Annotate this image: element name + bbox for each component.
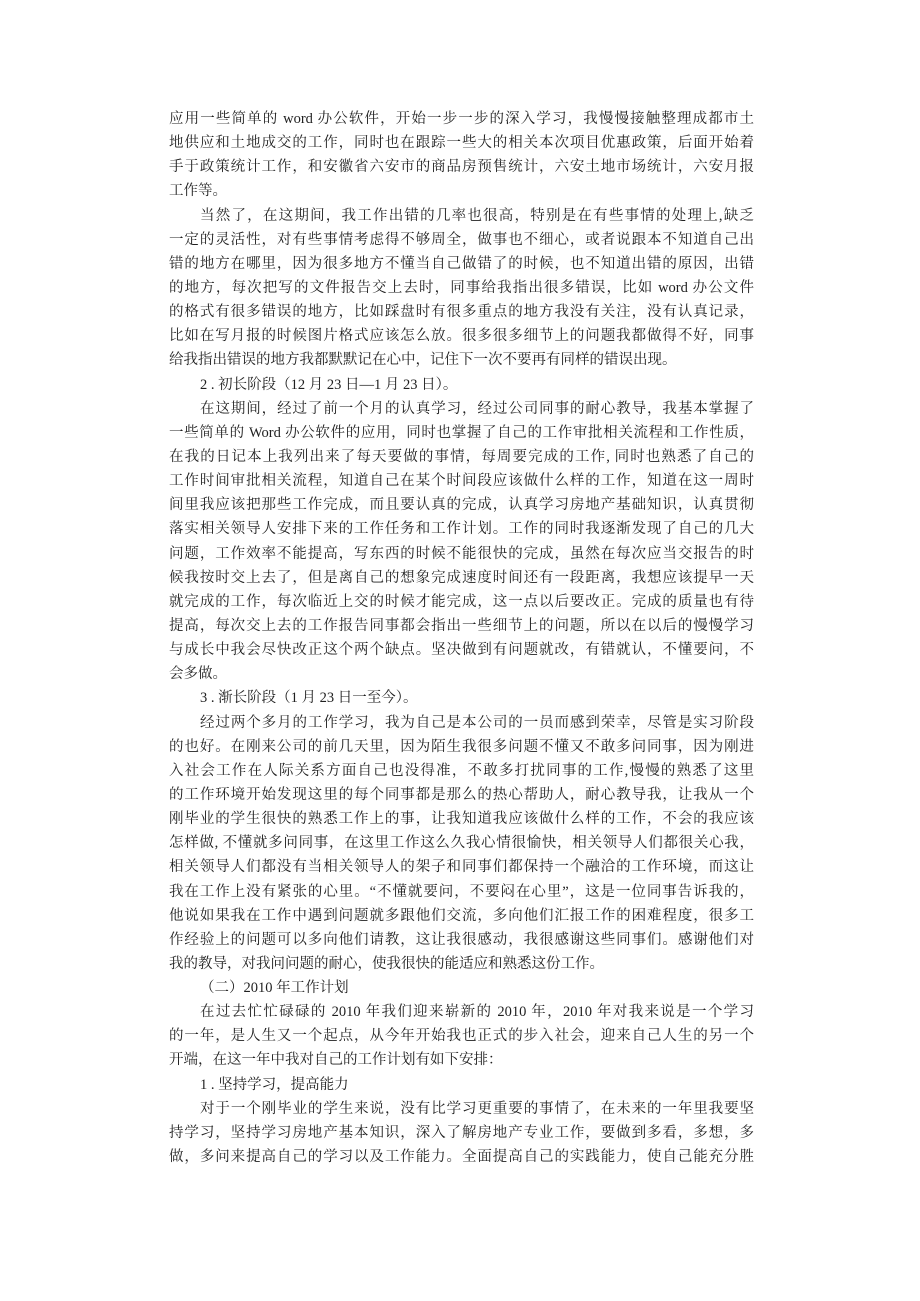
para-two-months-growth-line: 的也好。在刚来公司的前几天里，因为陌生我很多问题不懂又不敢多问同事，因为刚进 (169, 735, 754, 759)
para-new-year-outlook-line: 开端，在这一年中我对自己的工作计划有如下安排： (169, 1048, 754, 1072)
para-keep-learning-detail-line: 做，多问来提高自己的学习以及工作能力。全面提高自己的实践能力，使自己能充分胜 (169, 1145, 754, 1169)
para-mistakes-reflection-line: 的格式有很多错误的地方，比如踩盘时有很多重点的地方我没有关注，没有认真记录， (169, 300, 754, 324)
para-two-months-growth-line: 怎样做, 不懂就多问同事，在这里工作这么久我心情很愉快，相关领导人们都很关心我， (169, 831, 754, 855)
heading-stage-3-line: 3 . 渐长阶段（1 月 23 日一至今）。 (169, 686, 754, 710)
para-word-software-tasks-line: 手于政策统计工作，和安徽省六安市的商品房预售统计，六安土地市场统计，六安月报 (169, 155, 754, 179)
para-two-months-growth-line: 相关领导人们都没有当相关领导人的架子和同事们都保持一个融洽的工作环境，而这让 (169, 855, 754, 879)
para-keep-learning-detail-line: 持学习，坚持学习房地产基本知识，深入了解房地产专业工作，要做到多看，多想，多 (169, 1121, 754, 1145)
para-first-month-learning-line: 会多做。 (169, 662, 754, 686)
para-mistakes-reflection-line: 的地方，每次把写的文件报告交上去时，同事给我指出很多错误，比如 word 办公文… (169, 276, 754, 300)
para-mistakes-reflection-line: 比如在写月报的时候图片格式应该怎么放。很多很多细节上的问题我都做得不好，同事 (169, 324, 754, 348)
heading-stage-2-line: 2 . 初长阶段（12 月 23 日—1 月 23 日）。 (169, 373, 754, 397)
para-two-months-growth-line: 我在工作上没有紧张的心里。“不懂就要问，不要闷在心里”，这是一位同事告诉我的， (169, 880, 754, 904)
heading-2010-work-plan-line: （二）2010 年工作计划 (169, 976, 754, 1000)
para-first-month-learning-line: 就完成的工作，每次临近上交的时候才能完成，这一点以后要改正。完成的质量也有待 (169, 590, 754, 614)
para-word-software-tasks-line: 应用一些简单的 word 办公软件，开始一步一步的深入学习，我慢慢接触整理成都市… (169, 107, 754, 131)
para-two-months-growth-line: 我的教导，对我问问题的耐心，使我很快的能适应和熟悉这份工作。 (169, 952, 754, 976)
para-first-month-learning-line: 间里我应该把那些工作完成，而且要认真的完成，认真学习房地产基础知识，认真贯彻 (169, 493, 754, 517)
heading-plan-1-keep-learning-line: 1 . 坚持学习，提高能力 (169, 1073, 754, 1097)
para-two-months-growth-line: 作经验上的问题可以多向他们请教，这让我很感动，我很感谢这些同事们。感谢他们对 (169, 928, 754, 952)
para-first-month-learning-line: 提高，每次交上去的工作报告同事都会指出一些细节上的问题，所以在以后的慢慢学习 (169, 614, 754, 638)
para-first-month-learning-line: 候我按时交上去了，但是离自己的想象完成速度时间还有一段距离，我想应该提早一天 (169, 566, 754, 590)
para-first-month-learning-line: 落实相关领导人安排下来的工作任务和工作计划。工作的同时我逐渐发现了自己的几大 (169, 517, 754, 541)
para-word-software-tasks-line: 地供应和土地成交的工作，同时也在跟踪一些大的相关本次项目优惠政策，后面开始着 (169, 131, 754, 155)
para-two-months-growth-line: 的工作环境开始发现这里的每个同事都是那么的热心帮助人，耐心教导我，让我从一个 (169, 783, 754, 807)
para-two-months-growth-line: 经过两个多月的工作学习，我为自己是本公司的一员而感到荣幸，尽管是实习阶段 (169, 711, 754, 735)
para-first-month-learning-line: 问题，工作效率不能提高，写东西的时候不能很快的完成，虽然在每次应当交报告的时 (169, 542, 754, 566)
para-first-month-learning-line: 与成长中我会尽快改正这个两个缺点。坚决做到有问题就改，有错就认，不懂要问，不 (169, 638, 754, 662)
para-word-software-tasks-line: 工作等。 (169, 179, 754, 203)
para-mistakes-reflection-line: 错的地方在哪里，因为很多地方不懂当自己做错了的时候，也不知道出错的原因，出错 (169, 252, 754, 276)
para-mistakes-reflection-line: 一定的灵活性，对有些事情考虑得不够周全，做事也不细心，或者说跟本不知道自己出 (169, 228, 754, 252)
para-first-month-learning-line: 一些简单的 Word 办公软件的应用，同时也掌握了自己的工作审批相关流程和工作性… (169, 421, 754, 445)
para-new-year-outlook-line: 在过去忙忙碌碌的 2010 年我们迎来崭新的 2010 年，2010 年对我来说… (169, 1000, 754, 1024)
document-page: 应用一些简单的 word 办公软件，开始一步一步的深入学习，我慢慢接触整理成都市… (169, 107, 754, 1169)
para-mistakes-reflection-line: 给我指出错误的地方我都默默记在心中，记住下一次不要再有同样的错误出现。 (169, 348, 754, 372)
para-new-year-outlook-line: 的一年，是人生又一个起点，从今年开始我也正式的步入社会，迎来自己人生的另一个 (169, 1024, 754, 1048)
para-mistakes-reflection-line: 当然了，在这期间，我工作出错的几率也很高，特别是在有些事情的处理上,缺乏 (169, 204, 754, 228)
para-first-month-learning-line: 工作时间审批相关流程，知道自己在某个时间段应该做什么样的工作，知道在这一周时 (169, 469, 754, 493)
para-first-month-learning-line: 在这期间，经过了前一个月的认真学习，经过公司同事的耐心教导，我基本掌握了 (169, 397, 754, 421)
para-two-months-growth-line: 他说如果我在工作中遇到问题就多跟他们交流，多向他们汇报工作的困难程度，很多工 (169, 904, 754, 928)
para-keep-learning-detail-line: 对于一个刚毕业的学生来说，没有比学习更重要的事情了，在未来的一年里我要坚 (169, 1097, 754, 1121)
para-two-months-growth-line: 刚毕业的学生很快的熟悉工作上的事，让我知道我应该做什么样的工作，不会的我应该 (169, 807, 754, 831)
para-first-month-learning-line: 在我的日记本上我列出来了每天要做的事情，每周要完成的工作, 同时也熟悉了自己的 (169, 445, 754, 469)
para-two-months-growth-line: 入社会工作在人际关系方面自己也没得准，不敢多打扰同事的工作,慢慢的熟悉了这里 (169, 759, 754, 783)
